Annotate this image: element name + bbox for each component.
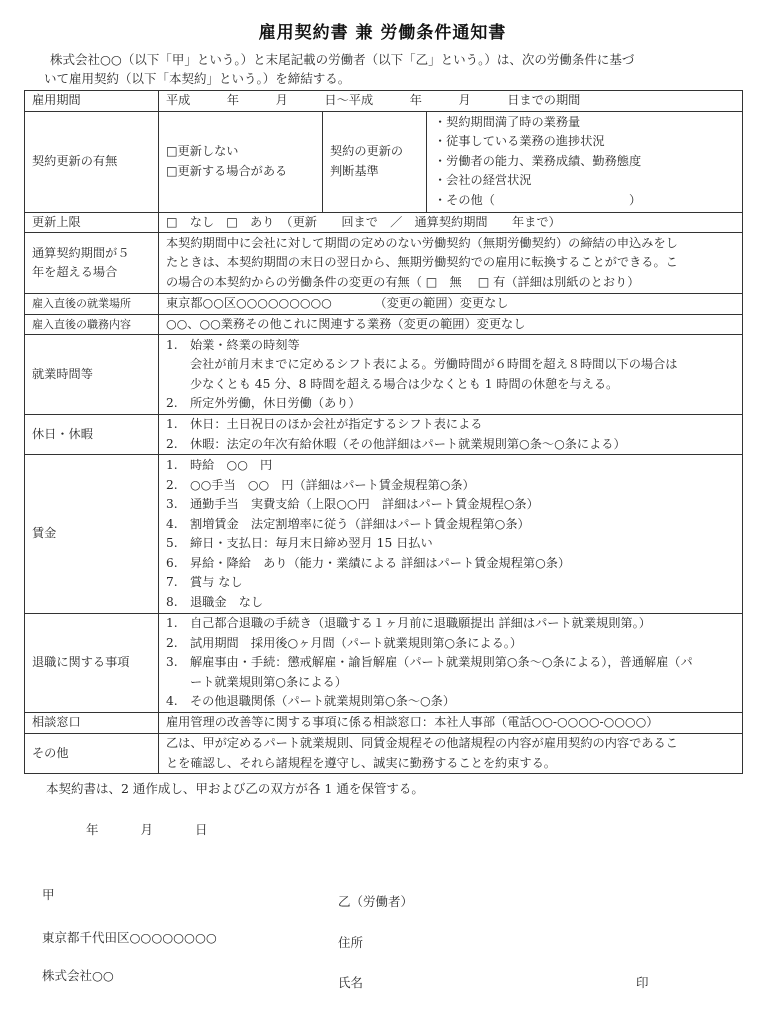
value-working-hours: 1.始業・終業の時刻等 会社が前月末までに定めるシフト表による。労働時間が６時間… [159,335,743,415]
criteria-item: ・その他（ ） [434,191,742,211]
intro-line-1: 株式会社○○（以下「甲」という。）と末尾記載の労働者（以下「乙」という。）は、次… [40,50,740,69]
five-year-label-2: 年を超える場合 [32,263,151,283]
other-line: とを確認し、それら諸規程を遵守し、誠実に勤務することを約束する。 [166,754,735,774]
date-year: 年 [86,820,99,838]
criteria-label-line-2: 判断基準 [330,162,426,182]
five-year-line: の場合の本契約からの労働条件の変更の有無（ □ 無 □ 有（詳細は別紙のとおり） [166,273,735,293]
label-employment-period: 雇用期間 [25,91,159,112]
document-title: 雇用契約書 兼 労働条件通知書 [0,18,765,43]
option-no-renewal[interactable]: □更新しない [166,142,322,162]
row-employment-period: 雇用期間 平成 年 月 日～平成 年 月 日までの期間 [25,91,743,112]
label-renewal: 契約更新の有無 [25,111,159,212]
seal-mark: 印 [636,973,649,991]
label-five-year: 通算契約期間が５ 年を超える場合 [25,233,159,294]
other-line: 乙は、甲が定めるパート就業規則、同賃金規程その他諸規程の内容が雇用契約の内容であ… [166,734,735,754]
row-other: その他 乙は、甲が定めるパート就業規則、同賃金規程その他諸規程の内容が雇用契約の… [25,734,743,774]
criteria-item: ・契約期間満了時の業務量 [434,113,742,133]
row-workplace: 雇入直後の就業場所 東京都○○区○○○○○○○○○ （変更の範囲）変更なし [25,294,743,315]
value-duties: ○○、○○業務その他これに関連する業務（変更の範囲）変更なし [159,314,743,335]
value-wages: 1.時給 ○○ 円 2.○○手当 ○○ 円（詳細はパート賃金規程第○条） 3.通… [159,455,743,614]
party-b-name-label: 氏名 [338,973,363,991]
value-workplace: 東京都○○区○○○○○○○○○ （変更の範囲）変更なし [159,294,743,315]
label-holidays: 休日・休暇 [25,415,159,455]
renewal-criteria-list: ・契約期間満了時の業務量 ・従事している業務の進捗状況 ・労働者の能力、業務成績… [427,112,742,212]
label-wages: 賃金 [25,455,159,614]
row-duties: 雇入直後の職務内容 ○○、○○業務その他これに関連する業務（変更の範囲）変更なし [25,314,743,335]
row-renewal: 契約更新の有無 □更新しない □更新する場合がある 契約の更新の 判断基準 ・契… [25,111,743,212]
label-retirement: 退職に関する事項 [25,614,159,713]
criteria-item: ・従事している業務の進捗状況 [434,132,742,152]
label-renewal-limit: 更新上限 [25,212,159,233]
label-other: その他 [25,734,159,774]
row-working-hours: 就業時間等 1.始業・終業の時刻等 会社が前月末までに定めるシフト表による。労働… [25,335,743,415]
criteria-item: ・会社の経営状況 [434,171,742,191]
label-duties: 雇入直後の職務内容 [25,314,159,335]
party-a-address: 東京都千代田区○○○○○○○○ [42,928,217,946]
five-year-line: 本契約期間中に会社に対して期間の定めのない労働契約（無期労働契約）の締結の申込み… [166,234,735,254]
date-month: 月 [141,820,154,838]
intro-paragraph: 株式会社○○（以下「甲」という。）と末尾記載の労働者（以下「乙」という。）は、次… [40,50,740,88]
row-five-year: 通算契約期間が５ 年を超える場合 本契約期間中に会社に対して期間の定めのない労働… [25,233,743,294]
five-year-line: たときは、本契約期間の末日の翌日から、無期労働契約での雇用に転換することができる… [166,253,735,273]
value-employment-period: 平成 年 月 日～平成 年 月 日までの期間 [159,91,743,112]
label-consultation: 相談窓口 [25,713,159,734]
value-consultation: 雇用管理の改善等に関する事項に係る相談窓口：本社人事部（電話○○-○○○○-○○… [159,713,743,734]
party-b-address-label: 住所 [338,933,363,951]
value-renewal-limit: □ なし □ あり （更新 回まで ／ 通算契約期間 年まで） [159,212,743,233]
renewal-options: □更新しない □更新する場合がある [159,112,323,212]
signing-date: 年 月 日 [86,820,208,838]
option-may-renew[interactable]: □更新する場合がある [166,162,322,182]
row-retirement: 退職に関する事項 1.自己都合退職の手続き（退職する１ヶ月前に退職願提出 詳細は… [25,614,743,713]
value-five-year: 本契約期間中に会社に対して期間の定めのない労働契約（無期労働契約）の締結の申込み… [159,233,743,294]
five-year-label-1: 通算契約期間が５ [32,244,151,264]
party-a-label: 甲 [42,885,55,903]
criteria-item: ・労働者の能力、業務成績、勤務態度 [434,152,742,172]
renewal-criteria-label: 契約の更新の 判断基準 [323,112,427,212]
row-consultation: 相談窓口 雇用管理の改善等に関する事項に係る相談窓口：本社人事部（電話○○-○○… [25,713,743,734]
value-holidays: 1.休日：土日祝日のほか会社が指定するシフト表による 2.休暇：法定の年次有給休… [159,415,743,455]
date-day: 日 [195,820,208,838]
copies-note: 本契約書は、2 通作成し、甲および乙の双方が各 1 通を保管する。 [46,779,424,797]
criteria-label-line-1: 契約の更新の [330,142,426,162]
label-workplace: 雇入直後の就業場所 [25,294,159,315]
row-renewal-limit: 更新上限 □ なし □ あり （更新 回まで ／ 通算契約期間 年まで） [25,212,743,233]
value-retirement: 1.自己都合退職の手続き（退職する１ヶ月前に退職願提出 詳細はパート就業規則第｡… [159,614,743,713]
value-other: 乙は、甲が定めるパート就業規則、同賃金規程その他諸規程の内容が雇用契約の内容であ… [159,734,743,774]
row-holidays: 休日・休暇 1.休日：土日祝日のほか会社が指定するシフト表による 2.休暇：法定… [25,415,743,455]
label-working-hours: 就業時間等 [25,335,159,415]
row-wages: 賃金 1.時給 ○○ 円 2.○○手当 ○○ 円（詳細はパート賃金規程第○条） … [25,455,743,614]
contract-terms-table: 雇用期間 平成 年 月 日～平成 年 月 日までの期間 契約更新の有無 □更新し… [24,90,743,774]
party-b-label: 乙（労働者） [338,892,413,910]
party-a-name: 株式会社○○ [42,966,114,984]
intro-line-2: いて雇用契約（以下「本契約」という。）を締結する。 [40,69,740,88]
